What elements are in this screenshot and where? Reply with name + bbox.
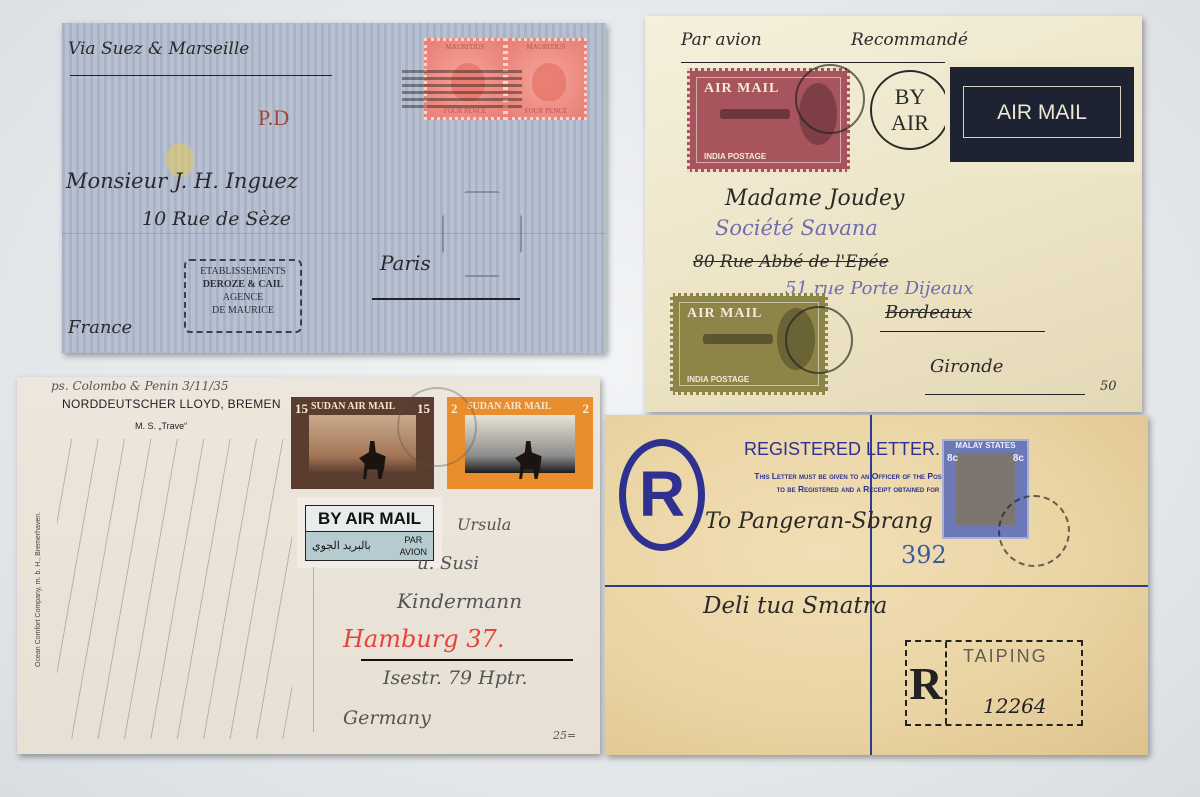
reg-label-r: R [907, 642, 947, 724]
stamp-value: FOUR PENCE [508, 107, 584, 115]
cachet-air: AIR [872, 110, 948, 136]
stamp-footer: INDIA POSTAGE [687, 375, 749, 384]
reg-label-town: TAIPING [963, 646, 1048, 667]
addressee-line: Gironde [930, 356, 1003, 377]
postcard-divider [313, 567, 314, 732]
side-imprint: Ocean Comfort Company, m. b. H., Bremerh… [35, 512, 42, 667]
octagonal-postmark [442, 191, 522, 277]
cachet-by: BY [872, 84, 948, 110]
cachet-line: ETABLISSEMENTS [186, 265, 300, 278]
reg-label-number: 12264 [983, 694, 1047, 718]
stamp-title: SUDAN AIR MAIL [467, 401, 551, 412]
route-underline [70, 75, 332, 76]
address-rule [880, 331, 1045, 332]
addressee-line: Société Savana [715, 216, 878, 240]
country-note: France [68, 317, 132, 338]
label-title: BY AIR MAIL [305, 505, 434, 531]
service-note-par-avion: Par avion [681, 30, 762, 50]
addressee-line: Deli tua Smatra [703, 593, 887, 619]
addressee-line: To Pangeran-Sbrang [705, 509, 933, 534]
circular-postmark [785, 306, 853, 374]
addressee-line: Isestr. 79 Hptr. [383, 667, 528, 689]
stamp-title: AIR MAIL [704, 81, 779, 97]
stamp-value: FOUR PENCE [427, 107, 503, 115]
addressee-line: Germany [343, 707, 431, 729]
addressee: Monsieur J. H. Inguez [66, 169, 298, 193]
cachet-line: AGENCE [186, 291, 300, 304]
addressee-number: 392 [901, 541, 947, 569]
addressee-line: Kindermann [397, 589, 522, 613]
cover-india-airmail: Par avion Recommandé AIR MAIL INDIA POST… [645, 16, 1142, 412]
fold-line [62, 233, 606, 234]
company-name: NORDDEUTSCHER LLOYD, BREMEN [62, 397, 281, 411]
corner-note: 25= [553, 729, 576, 742]
sender-cachet: ETABLISSEMENTS DEROZE & CAIL AGENCE DE M… [184, 259, 302, 333]
addressee-line: Madame Joudey [725, 186, 904, 211]
circular-postmark [998, 495, 1070, 567]
corner-note: 50 [1100, 379, 1117, 394]
header-note: ps. Colombo & Penin 3/11/35 [51, 379, 229, 393]
label-par: PAR [400, 534, 427, 546]
stamp-picture [465, 415, 575, 473]
cachet-line: DE MAURICE [186, 304, 300, 317]
city-underline [361, 659, 573, 661]
stamp-footer: INDIA POSTAGE [704, 152, 766, 161]
registration-r-mark: R [619, 439, 705, 551]
ship-name: M. S. „Trave“ [135, 421, 187, 431]
route-note: Via Suez & Marseille [68, 39, 249, 59]
registration-label: R TAIPING 12264 [905, 640, 1083, 726]
city-underline [372, 298, 520, 300]
stamp-value: 15 [295, 401, 308, 417]
circular-postmark [397, 387, 477, 467]
handwritten-message [57, 439, 292, 739]
street: 10 Rue de Sèze [142, 208, 291, 230]
stamp-title: AIR MAIL [687, 306, 762, 322]
service-note-recommande: Recommandé [851, 30, 968, 50]
airmail-label-text: AIR MAIL [963, 86, 1121, 138]
biplane-icon [703, 334, 773, 344]
city: Paris [380, 251, 431, 275]
stamp-value: 8c [947, 453, 958, 464]
cover-mauritius-letter: Via Suez & Marseille MAURITIUS FOUR PENC… [62, 23, 606, 353]
addressee-line: u. Susi [417, 553, 479, 574]
stamp-country: MAURITIUS [427, 43, 503, 51]
addressee-line: Ursula [457, 515, 511, 534]
biplane-icon [720, 109, 790, 119]
label-body: بالبريد الجوي PAR AVION [305, 531, 434, 561]
cover-sudan-postcard: ps. Colombo & Penin 3/11/35 NORDDEUTSCHE… [17, 377, 600, 754]
stamp-country: MAURITIUS [508, 43, 584, 51]
stamp-country: MALAY STATES [944, 441, 1027, 450]
addressee-city: Hamburg 37. [343, 625, 504, 653]
label-arabic: بالبريد الجوي [312, 539, 371, 552]
queen-portrait-icon [532, 63, 566, 101]
camel-rider-icon [515, 441, 543, 479]
stamp-title: SUDAN AIR MAIL [311, 401, 395, 412]
camel-rider-icon [359, 441, 387, 479]
circular-postmark [795, 64, 865, 134]
addressee-line-struck: 80 Rue Abbé de l'Epée [693, 252, 889, 272]
cover-registered-letter: R REGISTERED LETTER. This Letter must be… [605, 415, 1148, 755]
paid-mark: P.D [258, 105, 289, 131]
addressee-line-struck: Bordeaux [885, 302, 972, 323]
by-air-cachet: BY AIR [870, 70, 950, 150]
stamp-value: 8c [1013, 453, 1024, 464]
envelope-title: REGISTERED LETTER. [718, 439, 966, 460]
stamp-value: 2 [583, 401, 590, 417]
bar-cancellation [402, 68, 522, 108]
cachet-line: DEROZE & CAIL [186, 278, 300, 291]
address-rule [925, 394, 1085, 395]
registration-cross-horizontal [605, 585, 1148, 587]
